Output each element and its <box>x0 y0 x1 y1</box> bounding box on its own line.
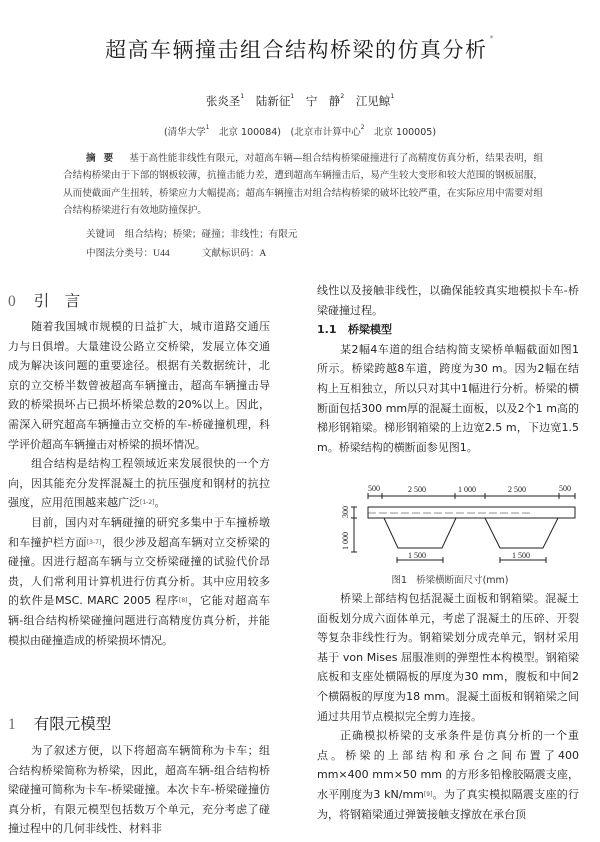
citation: [8] <box>179 597 188 604</box>
title-footnote-mark: * <box>490 34 496 43</box>
paragraph: 随着我国城市规模的日益扩大，城市道路交通压力与日俱增。大量建设公路立交桥梁，发展… <box>8 317 270 454</box>
abstract: 摘要基于高性能非线性有限元，对超高车辆—组合结构桥梁碰撞进行了高精度仿真分析，结… <box>63 150 543 219</box>
left-column-fem: 为了叙述方便，以下将超高车辆简称为卡车；组合结构桥梁简称为桥梁，因此，超高车辆-… <box>8 741 270 839</box>
figure-caption: 图1 桥梁横断面尺寸(mm) <box>300 572 600 586</box>
paper-title: 超高车辆撞击组合结构桥梁的仿真分析* <box>0 34 600 64</box>
citation: [3-7] <box>87 539 101 546</box>
dim-label: 1 500 <box>512 551 530 560</box>
right-column-top: 线性以及接触非线性，以确保能较真实地模拟卡车-桥梁碰撞过程。 1.1 桥梁模型 … <box>317 281 579 457</box>
paragraph: 正确模拟桥梁的支承条件是仿真分析的一个重点。桥梁的上部结构和承台之间布置了400… <box>317 726 579 824</box>
document-code: A <box>259 248 266 259</box>
paragraph: 组合结构是结构工程领域近来发展很快的一个方向，因其能充分发挥混凝土的抗压强度和钢… <box>8 454 270 513</box>
dim-label: 1 000 <box>341 532 350 550</box>
dim-label: 500 <box>368 484 380 493</box>
paragraph: 线性以及接触非线性，以确保能较真实地模拟卡车-桥梁碰撞过程。 <box>317 281 579 320</box>
title-text: 超高车辆撞击组合结构桥梁的仿真分析 <box>105 38 488 62</box>
right-column-bottom: 桥梁上部结构包括混凝土面板和钢箱梁。混凝土面板划分成六面体单元，考虑了混凝土的压… <box>317 589 579 824</box>
dim-label: 300 <box>341 506 350 518</box>
author: 陆新征1 <box>256 94 294 108</box>
keywords: 关键词组合结构；桥梁；碰撞；非线性；有限元 <box>86 226 297 240</box>
left-column-intro: 随着我国城市规模的日益扩大，城市道路交通压力与日俱增。大量建设公路立交桥梁，发展… <box>8 317 270 650</box>
dim-label: 1 000 <box>458 485 476 494</box>
author: 江见鲸1 <box>356 94 394 108</box>
paragraph: 桥梁上部结构包括混凝土面板和钢箱梁。混凝土面板划分成六面体单元，考虑了混凝土的压… <box>317 589 579 726</box>
dim-label: 2 500 <box>408 485 426 494</box>
abstract-label: 摘要 <box>86 153 121 164</box>
dim-label: 2 500 <box>508 485 526 494</box>
paragraph: 某2幅4车道的组合结构简支梁桥单幅截面如图1所示。桥梁跨越8车道，跨度为30 m… <box>317 340 579 458</box>
section-heading-introduction: 0引 言 <box>8 289 80 311</box>
clc-code: U44 <box>153 248 170 259</box>
abstract-text: 基于高性能非线性有限元，对超高车辆—组合结构桥梁碰撞进行了高精度仿真分析，结果表… <box>63 153 543 216</box>
section-heading-fem-model: 1有限元模型 <box>8 712 111 734</box>
dim-label: 1 500 <box>408 551 426 560</box>
bridge-cross-section-figure: 500 2 500 1 000 2 500 500 1 500 1 500 30… <box>330 478 592 568</box>
author: 宁 静2 <box>306 94 344 108</box>
paragraph: 目前，国内对车辆碰撞的研究多集中于车撞桥墩和车撞护栏方面[3-7]，很少涉及超高… <box>8 513 270 650</box>
dim-label: 500 <box>559 484 571 493</box>
author: 张炎圣1 <box>206 94 244 108</box>
citation: [1-2] <box>140 499 154 506</box>
paragraph: 为了叙述方便，以下将超高车辆简称为卡车；组合结构桥梁简称为桥梁，因此，超高车辆-… <box>8 741 270 839</box>
keywords-label: 关键词 <box>86 229 115 240</box>
affiliations: (清华大学1 北京 100084) (北京市计算中心2 北京 100005) <box>0 124 600 138</box>
author-list: 张炎圣1 陆新征1 宁 静2 江见鲸1 <box>0 93 600 109</box>
classification: 中图法分类号：U44 文献标识码：A <box>86 245 266 259</box>
subsection-heading-bridge-model: 1.1 桥梁模型 <box>317 320 579 340</box>
keywords-text: 组合结构；桥梁；碰撞；非线性；有限元 <box>125 229 298 240</box>
